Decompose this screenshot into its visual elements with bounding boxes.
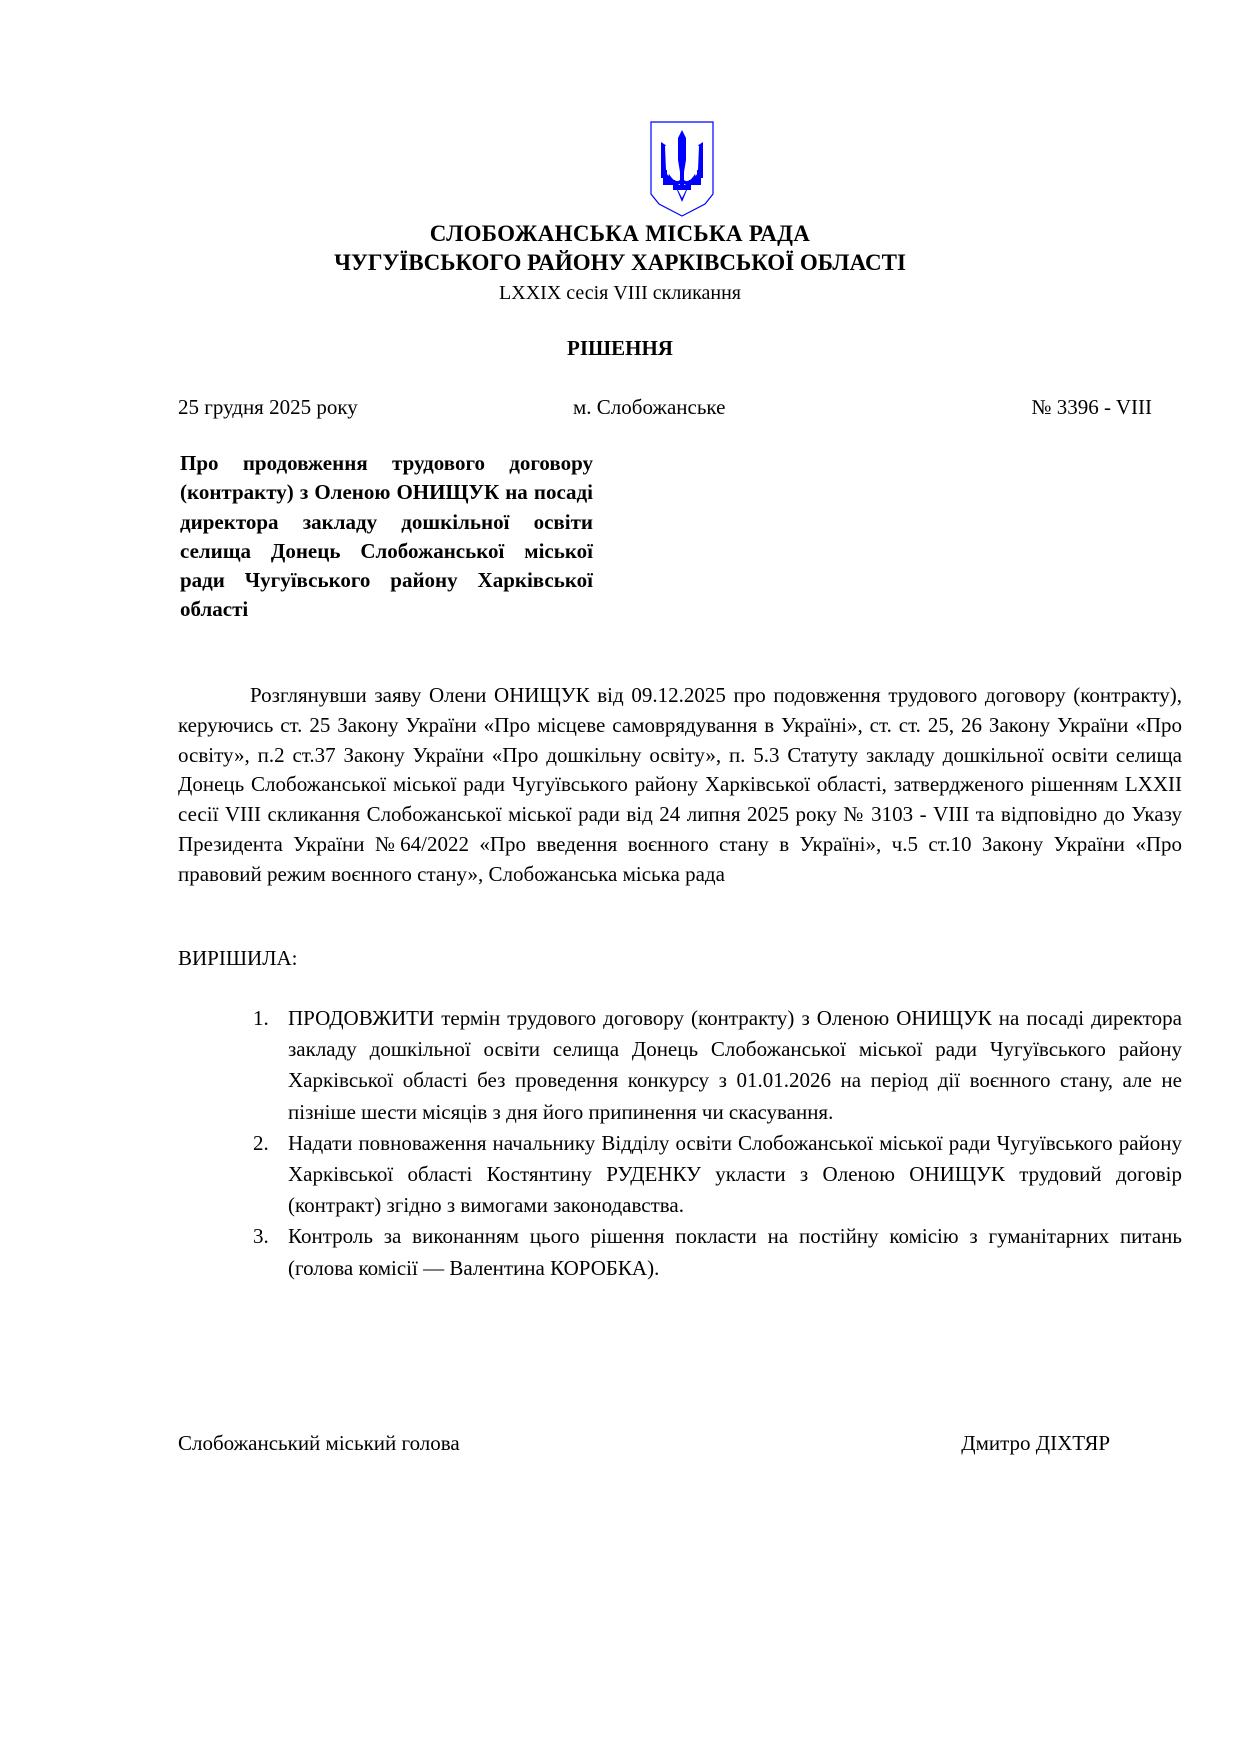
decision-item: 3. Контроль за виконанням цього рішення … bbox=[253, 1221, 1182, 1283]
decision-item: 2. Надати повноваження начальнику Відділ… bbox=[253, 1128, 1182, 1222]
document-type-title: РІШЕННЯ bbox=[0, 335, 1240, 361]
decision-items-list: 1. ПРОДОВЖИТИ термін трудового договору … bbox=[253, 1003, 1182, 1284]
resolved-label: ВИРІШИЛА: bbox=[178, 944, 297, 972]
signatory-name: Дмитро ДІХТЯР bbox=[961, 1428, 1110, 1458]
signature-block: Слобожанський міський голова Дмитро ДІХТ… bbox=[178, 1428, 1110, 1458]
council-name: СЛОБОЖАНСЬКА МІСЬКА РАДА bbox=[0, 220, 1240, 248]
preamble-paragraph: Розглянувши заяву Олени ОНИЩУК від 09.12… bbox=[178, 681, 1182, 890]
decision-subject: Про продовження трудового договору (конт… bbox=[180, 449, 593, 625]
subject-text: Про продовження трудового договору (конт… bbox=[180, 449, 593, 625]
session-info: LXXIX сесія VIII скликання bbox=[0, 280, 1240, 306]
decision-place: м. Слобожанське bbox=[573, 393, 725, 421]
decision-item-text: ПРОДОВЖИТИ термін трудового договору (ко… bbox=[288, 1006, 1182, 1124]
decision-item-text: Контроль за виконанням цього рішення пок… bbox=[288, 1224, 1182, 1279]
decision-item-number: 3. bbox=[253, 1221, 269, 1252]
decision-number: № 3396 - VIII bbox=[1031, 393, 1152, 421]
decision-item-number: 1. bbox=[253, 1003, 269, 1034]
signatory-role: Слобожанський міський голова bbox=[178, 1428, 460, 1458]
trident-coat-of-arms-icon bbox=[649, 120, 715, 218]
decision-date: 25 грудня 2025 року bbox=[178, 393, 358, 421]
decision-item-text: Надати повноваження начальнику Відділу о… bbox=[288, 1131, 1182, 1217]
decision-item-number: 2. bbox=[253, 1128, 269, 1159]
decision-item: 1. ПРОДОВЖИТИ термін трудового договору … bbox=[253, 1003, 1182, 1128]
council-district: ЧУГУЇВСЬКОГО РАЙОНУ ХАРКІВСЬКОЇ ОБЛАСТІ bbox=[0, 249, 1240, 277]
document-meta-row: 25 грудня 2025 року м. Слобожанське № 33… bbox=[178, 393, 1183, 421]
